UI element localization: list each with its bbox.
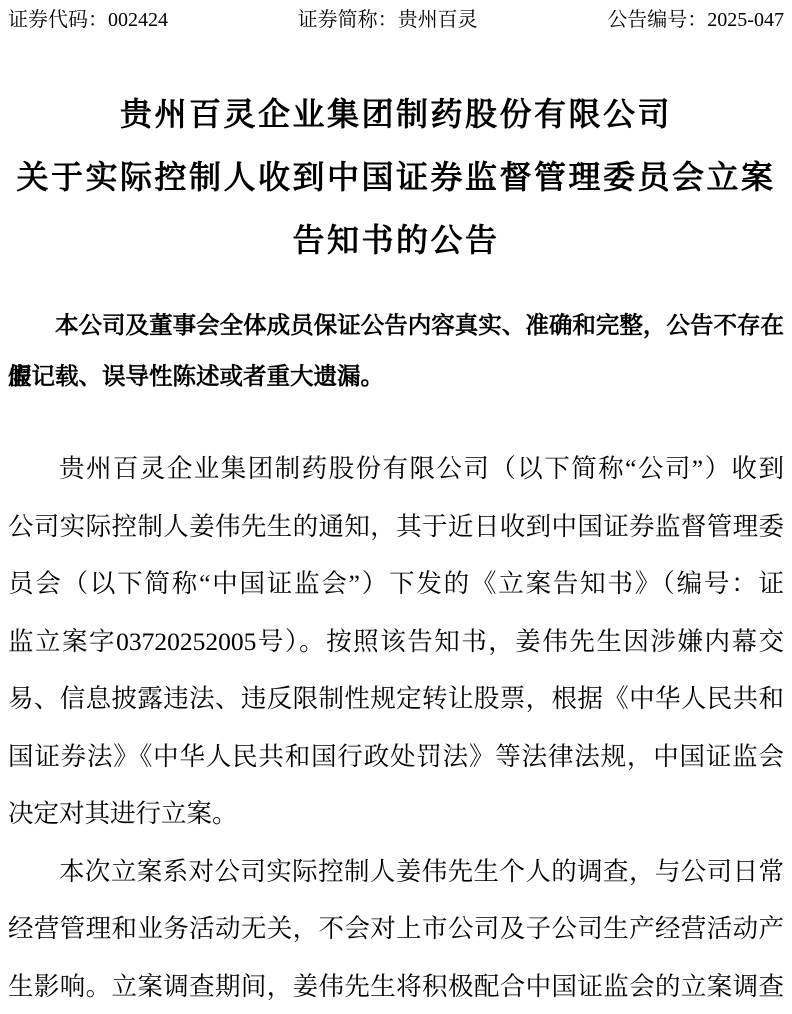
title-line: 贵州百灵企业集团制药股份有限公司 [8, 83, 784, 146]
stock-code: 证券代码：002424 [8, 9, 168, 31]
text-line: 假记载、误导性陈述或者重大遗漏。 [8, 352, 784, 403]
body-paragraph: 贵州百灵企业集团制药股份有限公司（以下简称“公司”）收到公司实际控制人姜伟先生的… [8, 440, 784, 843]
text-line: 公司实际控制人姜伟先生的通知，其于近日收到中国证券监督管理委 [8, 498, 784, 556]
text-line: 经营管理和业务活动无关，不会对上市公司及子公司生产经营活动产 [8, 900, 784, 958]
document-header: 证券代码：002424 证券简称：贵州百灵 公告编号：2025-047 [8, 0, 784, 31]
text-line: 监立案字03720252005号）。按照该告知书，姜伟先生因涉嫌内幕交 [8, 613, 784, 671]
title-line: 关于实际控制人收到中国证券监督管理委员会立案 [8, 146, 784, 209]
body-paragraph: 本次立案系对公司实际控制人姜伟先生个人的调查，与公司日常经营管理和业务活动无关，… [8, 843, 784, 1014]
board-disclaimer: 本公司及董事会全体成员保证公告内容真实、准确和完整，公告不存在虚假记载、误导性陈… [8, 301, 784, 403]
text-line: 员会（以下简称“中国证监会”）下发的《立案告知书》（编号：证 [8, 555, 784, 613]
text-line: 贵州百灵企业集团制药股份有限公司（以下简称“公司”）收到 [8, 440, 784, 498]
text-line: 本公司及董事会全体成员保证公告内容真实、准确和完整，公告不存在虚 [8, 301, 784, 352]
text-line: 本次立案系对公司实际控制人姜伟先生个人的调查，与公司日常 [8, 843, 784, 901]
announcement-page: 证券代码：002424 证券简称：贵州百灵 公告编号：2025-047 贵州百灵… [0, 0, 792, 1014]
text-line: 生影响。立案调查期间，姜伟先生将积极配合中国证监会的立案调查 [8, 958, 784, 1014]
text-line: 国证券法》《中华人民共和国行政处罚法》等法律法规，中国证监会 [8, 728, 784, 786]
stock-name: 证券简称：贵州百灵 [298, 9, 478, 31]
body-text: 贵州百灵企业集团制药股份有限公司（以下简称“公司”）收到公司实际控制人姜伟先生的… [8, 440, 784, 1014]
title-line: 告知书的公告 [8, 209, 784, 272]
document-title: 贵州百灵企业集团制药股份有限公司 关于实际控制人收到中国证券监督管理委员会立案 … [8, 83, 784, 272]
text-line: 易、信息披露违法、违反限制性规定转让股票，根据《中华人民共和 [8, 670, 784, 728]
announcement-number: 公告编号：2025-047 [607, 9, 784, 31]
text-line: 决定对其进行立案。 [8, 785, 784, 843]
